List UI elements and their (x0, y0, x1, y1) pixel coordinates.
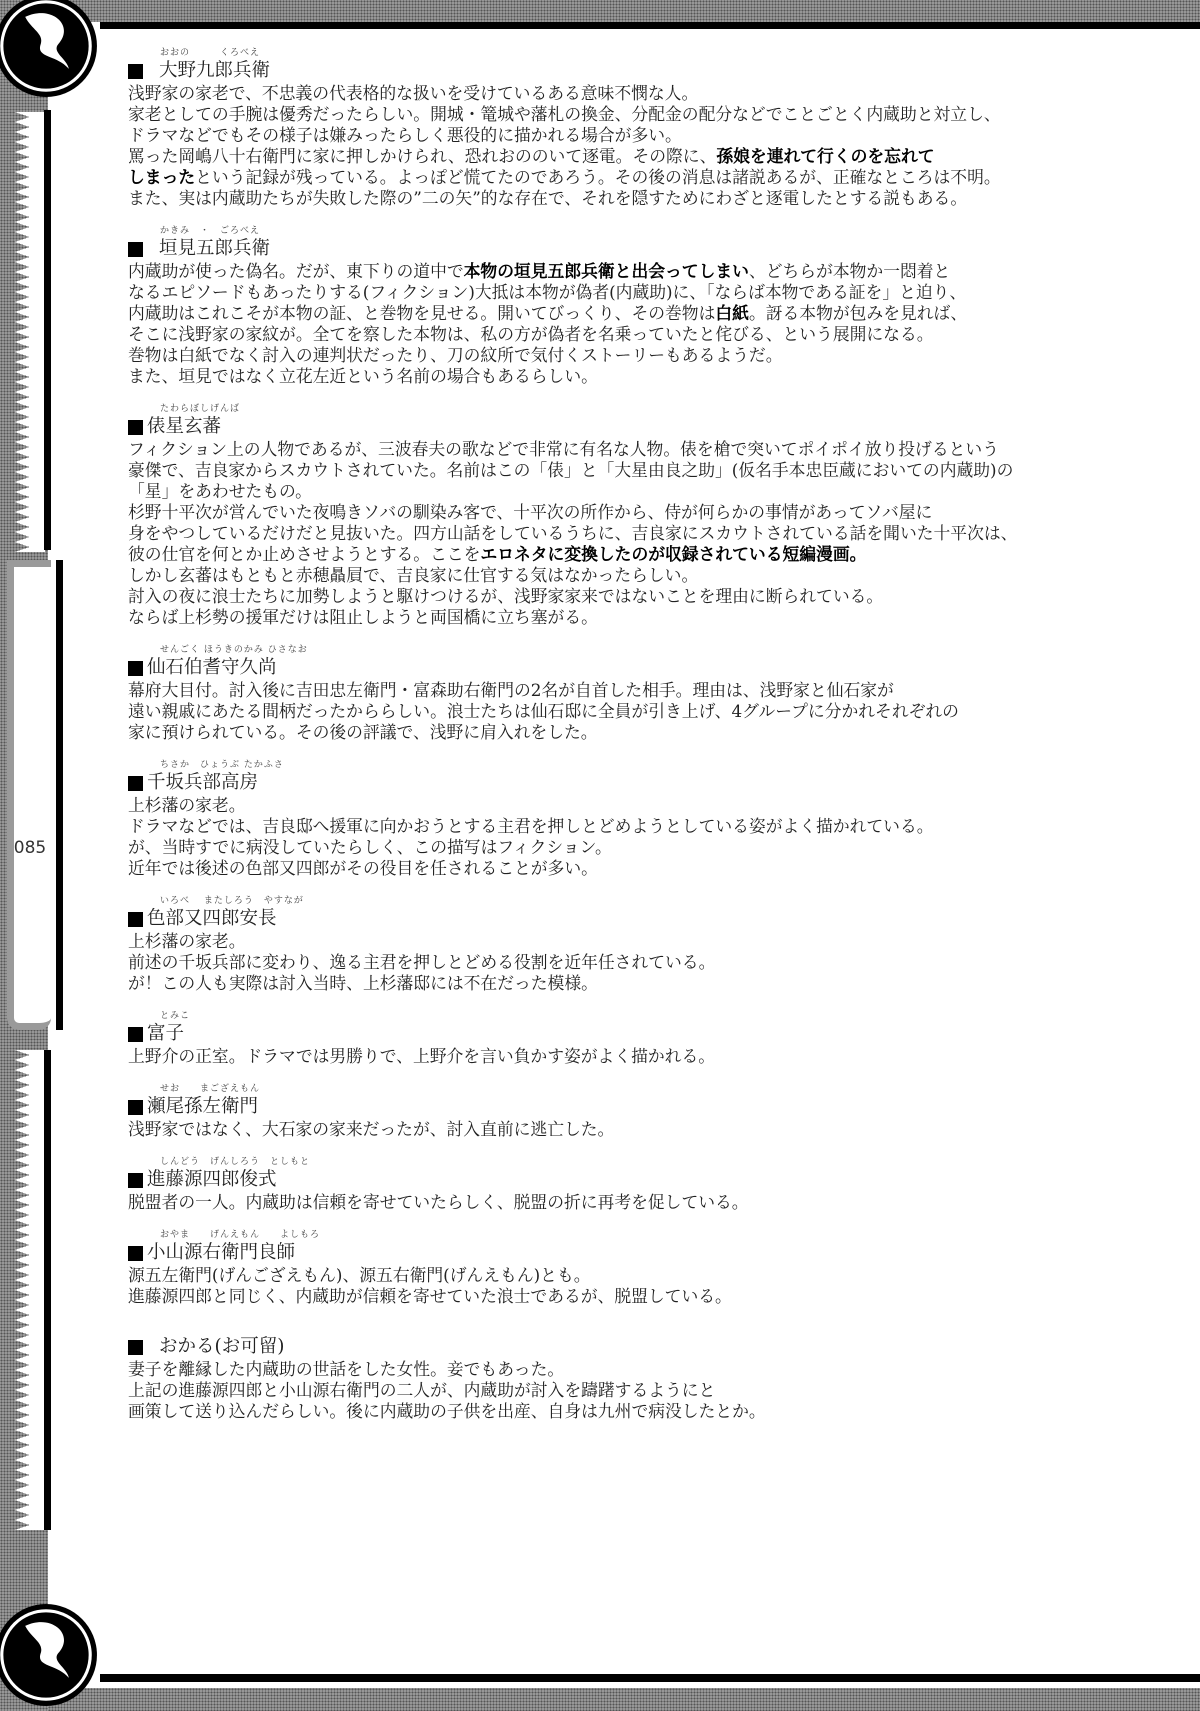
entry-text-line: 杉野十平次が営んでいた夜鳴きソバの馴染み客で、十平次の所作から、侍が何らかの事情… (128, 502, 1168, 523)
text-segment: 上記の進藤源四郎と小山源右衛門の二人が、内蔵助が討入を躊躇するようにと (128, 1380, 715, 1400)
furigana: せお まござえもん (160, 1084, 1168, 1095)
entry-text-line: 源五左衛門(げんござえもん)、源五右衛門(げんえもん)とも。 (128, 1265, 1168, 1286)
entry-text-line: 上記の進藤源四郎と小山源右衛門の二人が、内蔵助が討入を躊躇するようにと (128, 1380, 1168, 1401)
text-segment: 内蔵助はこれこそが本物の証、と巻物を見せる。開いてびっくり、その巻物は (128, 303, 715, 323)
furigana: とみこ (160, 1011, 1168, 1022)
entry-title: 小山源右衛門良師 (147, 1241, 295, 1265)
text-segment: 討入の夜に浪士たちに加勢しようと駆けつけるが、浅野家家来ではないことを理由に断ら… (128, 586, 883, 606)
text-segment: 遠い親戚にあたる間柄だったかららしい。浪士たちは仙石邸に全員が引き上げ、4グルー… (128, 701, 959, 721)
bullet-square-icon (128, 420, 143, 435)
entry-text-line: 家老としての手腕は優秀だったらしい。開城・篭城や藩札の換金、分配金の配分などでこ… (128, 104, 1168, 125)
glossary-entry: せんごく ほうきのかみ ひさなお仙石伯耆守久尚幕府大目付。討入後に吉田忠左衛門・… (128, 645, 1168, 743)
entry-title: 富子 (147, 1022, 184, 1046)
entry-text-line: ならば上杉勢の援軍だけは阻止しようと両国橋に立ち塞がる。 (128, 607, 1168, 628)
text-segment: 進藤源四郎と同じく、内蔵助が信頼を寄せていた浪士であるが、脱盟している。 (128, 1286, 732, 1306)
text-segment: 近年では後述の色部又四郎がその役目を任されることが多い。 (128, 858, 598, 878)
text-segment: 家に預けられている。その後の評議で、浅野に肩入れをした。 (128, 722, 598, 742)
text-segment: 。訝る本物が包みを見れば、 (749, 303, 967, 323)
glossary-content: おおの くろべえ大野九郎兵衛浅野家の家老で、不忠義の代表格的な扱いを受けているあ… (128, 48, 1168, 1439)
bullet-square-icon (128, 242, 143, 257)
furigana: せんごく ほうきのかみ ひさなお (160, 645, 1168, 656)
text-segment: 彼の仕官を何とか止めさせようとする。ここを (128, 544, 480, 564)
text-segment: ドラマなどでは、吉良邸へ援軍に向かおうとする主君を押しとどめようとしている姿がよ… (128, 816, 934, 836)
text-segment: ならば上杉勢の援軍だけは阻止しようと両国橋に立ち塞がる。 (128, 607, 598, 627)
text-segment: 家老としての手腕は優秀だったらしい。開城・篭城や藩札の換金、分配金の配分などでこ… (128, 104, 1001, 124)
text-segment: 画策して送り込んだらしい。後に内蔵助の子供を出産、自身は九州で病没したとか。 (128, 1401, 766, 1421)
text-segment: 身をやつしているだけだと見抜いた。四方山話をしているうちに、吉良家にスカウトされ… (128, 523, 1017, 543)
top-border-rule (100, 22, 1200, 29)
entry-text-line: また、実は内蔵助たちが失敗した際の”二の矢”的な存在で、それを隠すためにわざと逐… (128, 188, 1168, 209)
entry-text-line: 巻物は白紙でなく討入の連判状だったり、刀の紋所で気付くストーリーもあるようだ。 (128, 345, 1168, 366)
text-segment: 罵った岡嶋八十右衛門に家に押しかけられ、恐れおののいて逐電。その際に、 (128, 146, 716, 166)
entry-text-line: ドラマなどでは、吉良邸へ援軍に向かおうとする主君を押しとどめようとしている姿がよ… (128, 816, 1168, 837)
entry-heading: 瀬尾孫左衛門 (128, 1095, 1168, 1119)
glossary-entry: ちさか ひょうぶ たかふさ千坂兵部高房上杉藩の家老。ドラマなどでは、吉良邸へ援軍… (128, 760, 1168, 879)
left-border-rule-lower (44, 1050, 51, 1530)
text-segment: 前述の千坂兵部に変わり、逸る主君を押しとどめる役割を近年任されている。 (128, 952, 715, 972)
emphasized-text: エロネタに変換したのが収録されている短編漫画。 (480, 544, 866, 564)
furigana: いろべ またしろう やすなが (160, 896, 1168, 907)
glossary-entry: いろべ またしろう やすなが色部又四郎安長上杉藩の家老。前述の千坂兵部に変わり、… (128, 896, 1168, 994)
zigzag-border-lower (15, 1050, 45, 1530)
entry-text-line: 身をやつしているだけだと見抜いた。四方山話をしているうちに、吉良家にスカウトされ… (128, 523, 1168, 544)
emphasized-text: 孫娘を連れて行くのを忘れて (716, 146, 934, 166)
furigana: おおの くろべえ (160, 48, 1168, 59)
tomoe-crest-icon (0, 0, 98, 98)
text-segment: 豪傑で、吉良家からスカウトされていた。名前はこの「俵」と「大星由良之助」(仮名手… (128, 460, 1013, 480)
furigana (160, 1324, 1168, 1335)
entry-heading: 大野九郎兵衛 (128, 59, 1168, 83)
entry-text-line: 内蔵助はこれこそが本物の証、と巻物を見せる。開いてびっくり、その巻物は白紙。訝る… (128, 303, 1168, 324)
entry-heading: 俵星玄蕃 (128, 415, 1168, 439)
entry-text-line: 討入の夜に浪士たちに加勢しようと駆けつけるが、浅野家家来ではないことを理由に断ら… (128, 586, 1168, 607)
text-segment: フィクション上の人物であるが、三波春夫の歌などで非常に有名な人物。俵を槍で突いて… (128, 439, 999, 459)
bullet-square-icon (128, 1340, 143, 1355)
bullet-square-icon (128, 1027, 143, 1042)
emphasized-text: 白紙 (715, 303, 749, 323)
text-segment: そこに浅野家の家紋が。全てを察した本物は、私の方が偽者を名乗っていたと侘びる、と… (128, 324, 934, 344)
entry-text-line: 豪傑で、吉良家からスカウトされていた。名前はこの「俵」と「大星由良之助」(仮名手… (128, 460, 1168, 481)
page-tab-rule (56, 560, 63, 1030)
entry-title: おかる(お可留) (159, 1335, 284, 1359)
entry-title: 仙石伯耆守久尚 (147, 656, 277, 680)
entry-text-line: 上杉藩の家老。 (128, 931, 1168, 952)
entry-title: 俵星玄蕃 (147, 415, 221, 439)
bullet-square-icon (128, 1173, 143, 1188)
entry-text-line: 進藤源四郎と同じく、内蔵助が信頼を寄せていた浪士であるが、脱盟している。 (128, 1286, 1168, 1307)
text-segment: また、垣見ではなく立花左近という名前の場合もあるらしい。 (128, 366, 598, 386)
left-border-rule-upper (44, 110, 51, 550)
glossary-entry: おかる(お可留)妻子を離縁した内蔵助の世話をした女性。妾でもあった。上記の進藤源… (128, 1324, 1168, 1422)
entry-text-line: が、当時すでに病没していたらしく、この描写はフィクション。 (128, 837, 1168, 858)
text-segment: 幕府大目付。討入後に吉田忠左衛門・富森助右衛門の2名が自首した相手。理由は、浅野… (128, 680, 894, 700)
furigana: ちさか ひょうぶ たかふさ (160, 760, 1168, 771)
text-segment: 上杉藩の家老。 (128, 795, 245, 815)
entry-text-line: 罵った岡嶋八十右衛門に家に押しかけられ、恐れおののいて逐電。その際に、孫娘を連れ… (128, 146, 1168, 167)
furigana: かきみ ・ ごろべえ (160, 226, 1168, 237)
entry-title: 垣見五郎兵衛 (159, 237, 270, 261)
entry-title: 進藤源四郎俊式 (147, 1168, 277, 1192)
bullet-square-icon (128, 912, 143, 927)
glossary-entry: かきみ ・ ごろべえ垣見五郎兵衛内蔵助が使った偽名。だが、東下りの道中で本物の垣… (128, 226, 1168, 387)
entry-heading: 進藤源四郎俊式 (128, 1168, 1168, 1192)
emphasized-text: 本物の垣見五郎兵衛と出会ってしまい (464, 261, 749, 281)
text-segment: 「星」をあわせたもの。 (128, 481, 312, 501)
entry-text-line: しまったという記録が残っている。よっぽど慌てたのであろう。その後の消息は諸説ある… (128, 167, 1168, 188)
zigzag-border-upper (15, 112, 45, 552)
entry-text-line: 浅野家の家老で、不忠義の代表格的な扱いを受けているある意味不憫な人。 (128, 83, 1168, 104)
entry-text-line: フィクション上の人物であるが、三波春夫の歌などで非常に有名な人物。俵を槍で突いて… (128, 439, 1168, 460)
bottom-border-band (0, 1688, 1200, 1711)
entry-text-line: しかし玄蕃はもともと赤穂贔屓で、吉良家に仕官する気はなかったらしい。 (128, 565, 1168, 586)
entry-text-line: 家に預けられている。その後の評議で、浅野に肩入れをした。 (128, 722, 1168, 743)
text-segment: という記録が残っている。よっぽど慌てたのであろう。その後の消息は諸説あるが、正確… (195, 167, 1001, 187)
entry-title: 千坂兵部高房 (147, 771, 258, 795)
entry-text-line: 内蔵助が使った偽名。だが、東下りの道中で本物の垣見五郎兵衛と出会ってしまい、どち… (128, 261, 1168, 282)
page-number-tab (7, 560, 51, 1030)
entry-heading: 仙石伯耆守久尚 (128, 656, 1168, 680)
text-segment: が、当時すでに病没していたらしく、この描写はフィクション。 (128, 837, 612, 857)
glossary-entry: たわらぼしげんば俵星玄蕃フィクション上の人物であるが、三波春夫の歌などで非常に有… (128, 404, 1168, 628)
entry-heading: おかる(お可留) (128, 1335, 1168, 1359)
furigana: たわらぼしげんば (160, 404, 1168, 415)
entry-text-line: 画策して送り込んだらしい。後に内蔵助の子供を出産、自身は九州で病没したとか。 (128, 1401, 1168, 1422)
tomoe-crest-icon (0, 1603, 98, 1707)
emphasized-text: しまった (128, 167, 195, 187)
entry-text-line: ドラマなどでもその様子は嫌みったらしく悪役的に描かれる場合が多い。 (128, 125, 1168, 146)
bullet-square-icon (128, 1100, 143, 1115)
text-segment: 脱盟者の一人。内蔵助は信頼を寄せていたらしく、脱盟の折に再考を促している。 (128, 1192, 749, 1212)
bullet-square-icon (128, 776, 143, 791)
glossary-entry: せお まござえもん瀬尾孫左衛門浅野家ではなく、大石家の家来だったが、討入直前に逃… (128, 1084, 1168, 1140)
bullet-square-icon (128, 661, 143, 676)
glossary-entry: とみこ富子上野介の正室。ドラマでは男勝りで、上野介を言い負かす姿がよく描かれる。 (128, 1011, 1168, 1067)
text-segment: 内蔵助が使った偽名。だが、東下りの道中で (128, 261, 464, 281)
text-segment: 巻物は白紙でなく討入の連判状だったり、刀の紋所で気付くストーリーもあるようだ。 (128, 345, 782, 365)
entry-text-line: なるエピソードもあったりする(フィクション)大抵は本物が偽者(内蔵助)に、「なら… (128, 282, 1168, 303)
text-segment: 、どちらが本物か一悶着と (749, 261, 950, 281)
text-segment: また、実は内蔵助たちが失敗した際の”二の矢”的な存在で、それを隠すためにわざと逐… (128, 188, 967, 208)
top-border-band (0, 0, 1200, 22)
bullet-square-icon (128, 1246, 143, 1261)
text-segment: 浅野家ではなく、大石家の家来だったが、討入直前に逃亡した。 (128, 1119, 614, 1139)
entry-text-line: 近年では後述の色部又四郎がその役目を任されることが多い。 (128, 858, 1168, 879)
entry-text-line: 脱盟者の一人。内蔵助は信頼を寄せていたらしく、脱盟の折に再考を促している。 (128, 1192, 1168, 1213)
entry-text-line: 上杉藩の家老。 (128, 795, 1168, 816)
entry-text-line: が！この人も実際は討入当時、上杉藩邸には不在だった模様。 (128, 973, 1168, 994)
text-segment: 杉野十平次が営んでいた夜鳴きソバの馴染み客で、十平次の所作から、侍が何らかの事情… (128, 502, 932, 522)
glossary-entry: しんどう げんしろう としもと進藤源四郎俊式脱盟者の一人。内蔵助は信頼を寄せてい… (128, 1157, 1168, 1213)
text-segment: 上杉藩の家老。 (128, 931, 245, 951)
entry-text-line: 「星」をあわせたもの。 (128, 481, 1168, 502)
text-segment: なるエピソードもあったりする(フィクション)大抵は本物が偽者(内蔵助)に、「なら… (128, 282, 966, 302)
entry-heading: 色部又四郎安長 (128, 907, 1168, 931)
text-segment: しかし玄蕃はもともと赤穂贔屓で、吉良家に仕官する気はなかったらしい。 (128, 565, 698, 585)
entry-text-line: 浅野家ではなく、大石家の家来だったが、討入直前に逃亡した。 (128, 1119, 1168, 1140)
furigana: しんどう げんしろう としもと (160, 1157, 1168, 1168)
bullet-square-icon (128, 64, 143, 79)
page-number: 085 (10, 838, 50, 858)
entry-text-line: 前述の千坂兵部に変わり、逸る主君を押しとどめる役割を近年任されている。 (128, 952, 1168, 973)
furigana: おやま げんえもん よしもろ (160, 1230, 1168, 1241)
entry-text-line: また、垣見ではなく立花左近という名前の場合もあるらしい。 (128, 366, 1168, 387)
entry-heading: 千坂兵部高房 (128, 771, 1168, 795)
glossary-entry: おやま げんえもん よしもろ小山源右衛門良師源五左衛門(げんござえもん)、源五右… (128, 1230, 1168, 1307)
entry-title: 色部又四郎安長 (147, 907, 277, 931)
entry-text-line: 遠い親戚にあたる間柄だったかららしい。浪士たちは仙石邸に全員が引き上げ、4グルー… (128, 701, 1168, 722)
entry-title: 瀬尾孫左衛門 (147, 1095, 258, 1119)
entry-heading: 垣見五郎兵衛 (128, 237, 1168, 261)
glossary-entry: おおの くろべえ大野九郎兵衛浅野家の家老で、不忠義の代表格的な扱いを受けているあ… (128, 48, 1168, 209)
text-segment: 上野介の正室。ドラマでは男勝りで、上野介を言い負かす姿がよく描かれる。 (128, 1046, 715, 1066)
text-segment: ドラマなどでもその様子は嫌みったらしく悪役的に描かれる場合が多い。 (128, 125, 682, 145)
entry-heading: 富子 (128, 1022, 1168, 1046)
entry-heading: 小山源右衛門良師 (128, 1241, 1168, 1265)
bottom-border-rule (100, 1674, 1200, 1682)
text-segment: 源五左衛門(げんござえもん)、源五右衛門(げんえもん)とも。 (128, 1265, 591, 1285)
text-segment: 妻子を離縁した内蔵助の世話をした女性。妾でもあった。 (128, 1359, 564, 1379)
entry-text-line: 妻子を離縁した内蔵助の世話をした女性。妾でもあった。 (128, 1359, 1168, 1380)
entry-text-line: 幕府大目付。討入後に吉田忠左衛門・富森助右衛門の2名が自首した相手。理由は、浅野… (128, 680, 1168, 701)
entry-text-line: そこに浅野家の家紋が。全てを察した本物は、私の方が偽者を名乗っていたと侘びる、と… (128, 324, 1168, 345)
entry-text-line: 彼の仕官を何とか止めさせようとする。ここをエロネタに変換したのが収録されている短… (128, 544, 1168, 565)
entry-text-line: 上野介の正室。ドラマでは男勝りで、上野介を言い負かす姿がよく描かれる。 (128, 1046, 1168, 1067)
text-segment: が！この人も実際は討入当時、上杉藩邸には不在だった模様。 (128, 973, 598, 993)
text-segment: 浅野家の家老で、不忠義の代表格的な扱いを受けているある意味不憫な人。 (128, 83, 698, 103)
entry-title: 大野九郎兵衛 (159, 59, 270, 83)
